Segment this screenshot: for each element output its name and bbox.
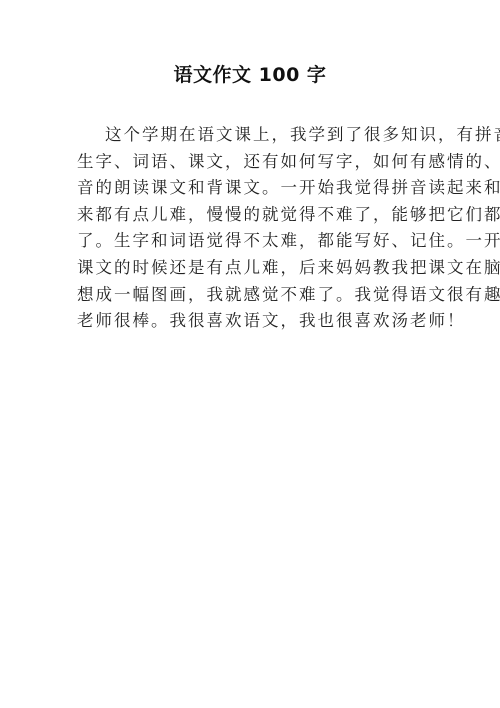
paragraph-line-1: 这个学期在语文课上，我学到了很多知识，有拼音、 [77,122,422,149]
paragraph-line-5: 了。生字和词语觉得不太难，都能写好、记住。一开始背 [77,228,422,255]
paragraph-line-4: 来都有点儿难，慢慢的就觉得不难了，能够把它们都记住 [77,202,422,229]
essay-paragraph: 这个学期在语文课上，我学到了很多知识，有拼音、 生字、词语、课文，还有如何写字，… [77,122,422,335]
document-title: 语文作文 100 字 [0,60,500,87]
document-page: 语文作文 100 字 这个学期在语文课上，我学到了很多知识，有拼音、 生字、词语… [0,0,500,708]
paragraph-line-6: 课文的时候还是有点儿难，后来妈妈教我把课文在脑海中 [77,255,422,282]
paragraph-line-8: 老师很棒。我很喜欢语文，我也很喜欢汤老师！ [77,308,422,335]
paragraph-line-3: 音的朗读课文和背课文。一开始我觉得拼音读起来和写起 [77,175,422,202]
paragraph-line-7: 想成一幅图画，我就感觉不难了。我觉得语文很有趣，汤 [77,282,422,309]
paragraph-line-2: 生字、词语、课文，还有如何写字，如何有感情的、不拖 [77,149,422,176]
